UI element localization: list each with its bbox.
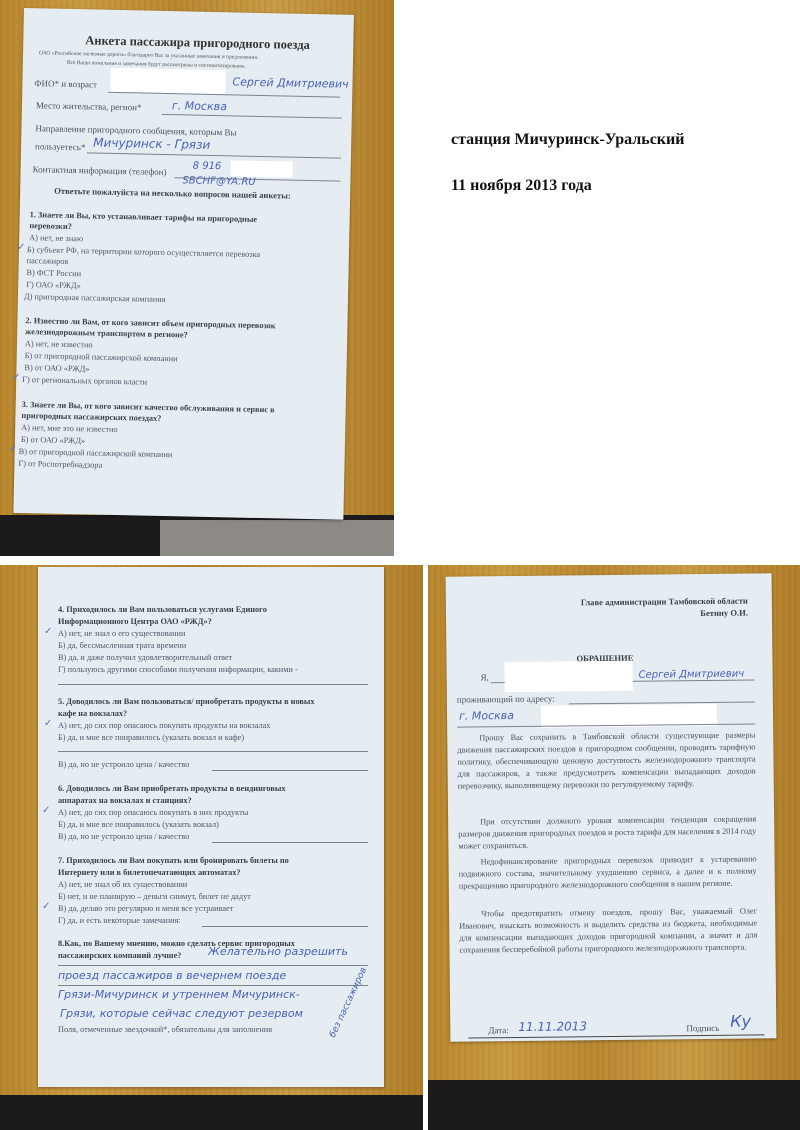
i-label: Я, <box>481 672 489 682</box>
question-1-option-d: Г) ОАО «РЖД» <box>26 280 81 290</box>
contact-email: SBCHF@YA.RU <box>182 175 255 188</box>
redacted-surname <box>110 68 225 94</box>
direction-label-2: пользуетесь* <box>35 141 85 152</box>
photo-appeal-letter: Главе администрации Тамбовской области Б… <box>428 565 800 1130</box>
required-fields-note: Поля, отмеченные звездочкой*, обязательн… <box>58 1025 272 1034</box>
date-value: 11.11.2013 <box>518 1019 587 1034</box>
question-4-option-d: Г) пользуюсь другими способами получения… <box>58 665 298 674</box>
question-7-option-d: Г) да, и есть некоторые замечания: <box>58 916 181 925</box>
questionnaire-sheet-2: 4. Приходилось ли Вам пользоваться услуг… <box>38 567 384 1087</box>
question-1-option-e: Д) пригородная пассажирская компания <box>24 292 166 304</box>
question-5-option-c: В) да, но не устроило цена / качество <box>58 760 189 769</box>
appeal-name-value: Сергей Дмитриевич <box>639 669 745 681</box>
signature-value: Ку <box>730 1012 751 1031</box>
question-3-option-a: А) нет, мне это не известно <box>21 423 118 434</box>
residence-label: Место жительства, регион* <box>36 100 142 112</box>
photo-questionnaire-page-2: 4. Приходилось ли Вам пользоваться услуг… <box>0 565 423 1130</box>
appeal-paragraph-2: При отсутствии должного уровня компенсац… <box>458 813 756 852</box>
contact-phone: 8 916 <box>193 161 222 173</box>
question-2-text-cont: железнодорожным транспортом в регионе? <box>25 327 188 339</box>
question-1-option-a: А) нет, не знаю <box>29 233 83 243</box>
question-1-text-cont: перевозки? <box>29 221 72 231</box>
contact-label: Контактная информация (телефон) <box>33 164 167 177</box>
question-4-option-c: В) да, и даже получил удовлетворительный… <box>58 653 232 662</box>
question-4-text-cont: Информационного Центра ОАО «РЖД»? <box>58 617 212 626</box>
check-mark-icon: ✓ <box>12 372 21 383</box>
questionnaire-title: Анкета пассажира пригородного поезда <box>85 33 310 53</box>
question-8-text-cont: пассажирских компаний лучше? <box>58 951 181 960</box>
date-label: Дата: <box>488 1025 509 1035</box>
question-5-option-b: Б) да, и мне все понравилось (указать во… <box>58 733 244 742</box>
check-mark-icon: ✓ <box>9 444 18 455</box>
question-2-option-c: В) от ОАО «РЖД» <box>24 363 89 373</box>
date-caption: 11 ноября 2013 года <box>451 177 592 195</box>
question-4-text: 4. Приходилось ли Вам пользоваться услуг… <box>58 605 267 614</box>
appeal-sheet: Главе администрации Тамбовской области Б… <box>446 573 777 1041</box>
question-5-text-cont: кафе на вокзалах? <box>58 709 127 718</box>
floor-shadow <box>0 1095 423 1130</box>
appeal-paragraph-1: Прошу Вас сохранить в Тамбовской области… <box>457 729 756 792</box>
question-3-option-b: Б) от ОАО «РЖД» <box>21 435 85 445</box>
redacted-surname <box>504 661 632 692</box>
floor-surface <box>160 520 394 556</box>
question-7-text-cont: Интернету или в билетопечатающих автомат… <box>58 868 241 877</box>
name-value: Сергей Дмитриевич <box>232 75 348 90</box>
photo-questionnaire-page-1: Анкета пассажира пригородного поезда ОАО… <box>0 0 394 556</box>
appeal-paragraph-4: Чтобы предотвратить отмену поездов, прош… <box>459 905 757 956</box>
question-7-text: 7. Приходилось ли Вам покупать или брони… <box>58 856 289 865</box>
question-6-text-cont: аппаратах на вокзалах и станциях? <box>58 796 192 805</box>
name-label: ФИО* и возраст <box>34 78 97 89</box>
question-3-text-cont: пригородных пассажирских поездах? <box>21 411 161 423</box>
direction-value: Мичуринск - Грязи <box>93 135 210 151</box>
question-2-option-b: Б) от пригородной пассажирской компании <box>25 351 178 363</box>
check-mark-icon: ✓ <box>42 805 50 816</box>
redacted-phone <box>231 160 293 177</box>
question-4-option-a: А) нет, не знал о его существовании <box>58 629 185 638</box>
signature-label: Подпись <box>686 1023 719 1033</box>
residence-value: г. Москва <box>172 99 227 113</box>
check-mark-icon: ✓ <box>44 718 52 729</box>
question-6-option-a: А) нет, до сих пор опасаюсь покупать в н… <box>58 808 248 817</box>
question-3-option-d: Г) от Роспотребнадзора <box>18 459 102 470</box>
question-1-option-b-cont: пассажиров <box>27 256 69 266</box>
check-mark-icon: ✓ <box>44 626 52 637</box>
question-5-option-a: А) нет, до сих пор опасаюсь покупать про… <box>58 721 270 730</box>
question-7-option-a: А) нет, не знал об их существовании <box>58 880 187 889</box>
question-1-option-c: В) ФСТ России <box>26 268 81 278</box>
question-8-answer-line-4: Грязи, которые сейчас следуют резервом <box>60 1007 303 1020</box>
question-2-option-a: А) нет, не известно <box>25 339 93 349</box>
addressee-line-1: Главе администрации Тамбовской области <box>581 596 748 608</box>
question-8-answer-line-2: проезд пассажиров в вечернем поезде <box>58 969 286 982</box>
direction-label-1: Направление пригородного сообщения, кото… <box>35 123 236 137</box>
addressee-line-2: Бетину О.И. <box>700 608 748 618</box>
question-5-text: 5. Доводилось ли Вам пользоваться/ приоб… <box>58 697 315 706</box>
address-label: проживающий по адресу: <box>457 694 555 705</box>
appeal-paragraph-3: Недофинансирование пригородных перевозок… <box>459 853 757 892</box>
question-8-answer-line-1: Желательно разрешить <box>208 945 348 958</box>
check-mark-icon: ✓ <box>42 901 50 912</box>
question-7-option-c: В) да, делаю это регулярно и меня все ус… <box>58 904 233 913</box>
questionnaire-sheet-1: Анкета пассажира пригородного поезда ОАО… <box>13 8 354 520</box>
check-mark-icon: ✓ <box>17 242 26 253</box>
question-8-answer-line-3: Грязи-Мичуринск и утреннем Мичуринск- <box>58 988 300 1001</box>
question-6-text: 6. Доводилось ли Вам приобретать продукт… <box>58 784 285 793</box>
question-8-answer-line-5: без пассажиров <box>328 966 369 1039</box>
station-caption: станция Мичуринск-Уральский <box>451 131 684 149</box>
address-value: г. Москва <box>459 709 514 723</box>
question-6-option-b: Б) да, и мне все понравилось (указать во… <box>58 820 219 829</box>
question-6-option-c: В) да, но не устроило цена / качество <box>58 832 189 841</box>
question-7-option-b: Б) нет, и не планирую – деньги снимут, б… <box>58 892 251 901</box>
question-4-option-b: Б) да, бессмысленная трата времени <box>58 641 186 650</box>
question-3-option-c: В) от пригородной пассажирской компании <box>19 447 173 459</box>
instruction-text: Ответьте пожалуйста на несколько вопросо… <box>54 186 291 201</box>
question-2-option-d: Г) от региональных органов власти <box>22 375 147 387</box>
floor-shadow <box>428 1080 800 1130</box>
